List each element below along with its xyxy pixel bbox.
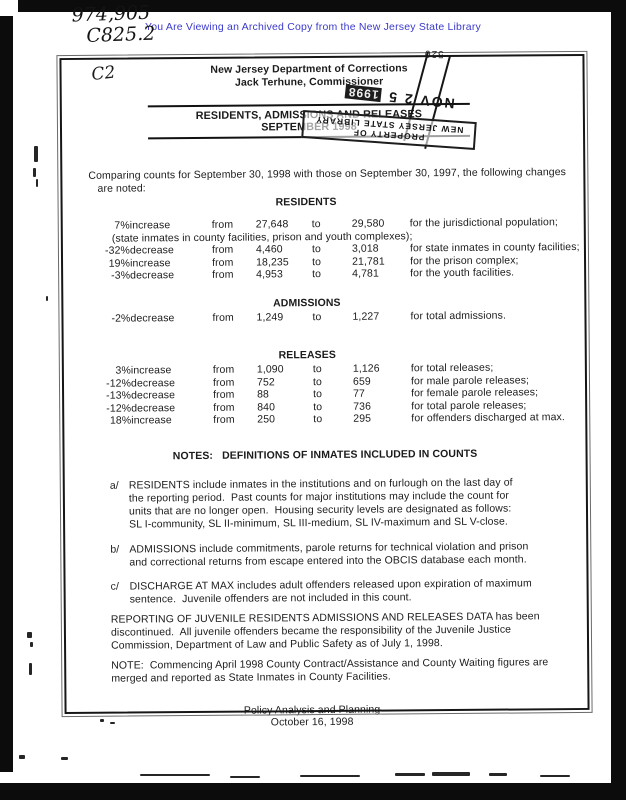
comparison-table-residents: 7%increasefrom27,648to29,580for the juri… [102, 216, 584, 282]
closing-paragraphs: REPORTING OF JUVENILE RESIDENTS ADMISSIO… [66, 609, 588, 685]
from-label-cell: from [212, 219, 256, 232]
percent-change-cell: -3% [102, 270, 130, 283]
value-1997-cell: 840 [257, 401, 313, 414]
value-1998-cell: 4,781 [352, 267, 410, 280]
percent-change-cell: -2% [102, 312, 130, 325]
from-label-cell: from [213, 401, 257, 414]
scan-edge-bottom [0, 783, 626, 800]
comparison-sections: RESIDENTS7%increasefrom27,648to29,580for… [63, 194, 586, 428]
value-1998-cell: 1,227 [352, 310, 410, 323]
description-cell: for offenders discharged at max. [411, 411, 585, 425]
scan-speck [34, 146, 38, 162]
from-label-cell: from [213, 389, 257, 402]
value-1997-cell: 1,090 [257, 363, 313, 376]
description-cell: for total admissions. [410, 308, 584, 322]
value-1998-cell: 659 [353, 375, 411, 388]
direction-cell: decrease [131, 401, 213, 414]
scan-speck [540, 775, 570, 777]
handwritten-call-number: 974,905 C825.2 [71, 3, 155, 48]
from-label-cell: from [212, 311, 256, 324]
notes-heading: NOTES: DEFINITIONS OF INMATES INCLUDED I… [65, 446, 586, 463]
value-1997-cell: 4,460 [256, 243, 312, 256]
footer-date: October 16, 1998 [67, 714, 558, 730]
comparison-row: 18%increasefrom250to295for offenders dis… [103, 411, 585, 427]
note-item-a: a/RESIDENTS include inmates in the insti… [110, 476, 578, 532]
direction-cell: decrease [130, 244, 212, 257]
to-label-cell: to [312, 310, 352, 323]
to-label-cell: to [313, 375, 353, 388]
to-label-cell: to [313, 400, 353, 413]
scan-speck [30, 642, 33, 647]
scan-edge-left [0, 16, 13, 772]
value-1998-cell: 77 [353, 387, 411, 400]
closing-paragraph: NOTE: Commencing April 1998 County Contr… [111, 655, 581, 685]
value-1998-cell: 21,781 [352, 255, 410, 268]
direction-cell: decrease [131, 389, 213, 402]
value-1998-cell: 1,126 [353, 362, 411, 375]
direction-cell: increase [130, 256, 212, 269]
section-heading-residents: RESIDENTS [63, 194, 584, 211]
value-1997-cell: 27,648 [256, 218, 312, 231]
handwritten-margin-note: C2 [91, 66, 116, 82]
call-number-line2: C825.2 [86, 24, 156, 47]
note-marker: a/ [110, 479, 129, 531]
note-item-b: b/ADMISSIONS include commitments, parole… [110, 540, 578, 570]
scan-speck [36, 179, 38, 187]
note-item-c: c/DISCHARGE AT MAX includes adult offend… [111, 577, 579, 607]
from-label-cell: from [212, 244, 256, 257]
note-marker: b/ [110, 543, 129, 569]
upside-down-number: 520 [424, 48, 444, 60]
note-text: DISCHARGE AT MAX includes adult offender… [130, 577, 532, 606]
comparison-table-admissions: -2%decreasefrom1,249to1,227for total adm… [102, 308, 584, 324]
percent-change-cell: 18% [103, 415, 131, 428]
value-1998-cell: 3,018 [352, 242, 410, 255]
percent-change-cell: -12% [103, 402, 131, 415]
scan-speck [395, 773, 425, 776]
direction-cell: decrease [131, 376, 213, 389]
direction-cell: increase [131, 364, 213, 377]
scan-speck [29, 663, 32, 675]
doc-footer: Policy Analysis and Planning October 16,… [67, 701, 588, 730]
scan-speck [432, 772, 470, 776]
received-year-box: 1998 [344, 84, 382, 102]
to-label-cell: to [313, 413, 353, 426]
scan-speck [489, 773, 507, 776]
scan-speck [140, 774, 210, 776]
value-1997-cell: 1,249 [256, 311, 312, 324]
percent-change-cell: 19% [102, 257, 130, 270]
direction-cell: increase [131, 414, 213, 427]
to-label-cell: to [313, 388, 353, 401]
notes-list: a/RESIDENTS include inmates in the insti… [65, 475, 587, 606]
percent-change-cell: -13% [103, 390, 131, 403]
from-label-cell: from [212, 269, 256, 282]
scan-speck [230, 776, 260, 778]
scan-edge-right [611, 8, 626, 800]
to-label-cell: to [312, 255, 352, 268]
value-1998-cell: 736 [353, 400, 411, 413]
percent-change-cell: 3% [103, 365, 131, 378]
from-label-cell: from [213, 364, 257, 377]
comparison-row: -2%decreasefrom1,249to1,227for total adm… [102, 308, 584, 324]
from-label-cell: from [213, 414, 257, 427]
intro-paragraph: Comparing counts for September 30, 1998 … [88, 166, 583, 196]
value-1997-cell: 18,235 [256, 256, 312, 269]
scan-speck [46, 296, 48, 301]
scan-speck [27, 632, 32, 638]
value-1997-cell: 88 [257, 388, 313, 401]
percent-change-cell: -12% [103, 377, 131, 390]
scan-speck [33, 168, 36, 177]
document-box: C2 New Jersey Department of Corrections … [59, 54, 589, 714]
closing-paragraph: REPORTING OF JUVENILE RESIDENTS ADMISSIO… [111, 609, 581, 652]
value-1997-cell: 752 [257, 376, 313, 389]
value-1997-cell: 4,953 [256, 268, 312, 281]
description-cell: for the youth facilities. [410, 266, 584, 280]
value-1998-cell: 29,580 [352, 217, 410, 230]
from-label-cell: from [212, 256, 256, 269]
value-1998-cell: 295 [353, 412, 411, 425]
scan-edge-left-inner [2, 700, 11, 760]
note-marker: c/ [111, 580, 130, 606]
scan-speck [19, 755, 25, 759]
percent-change-cell: 7% [102, 220, 130, 233]
from-label-cell: from [213, 376, 257, 389]
comparison-table-releases: 3%increasefrom1,090to1,126for total rele… [103, 361, 585, 427]
comparison-row: -3%decreasefrom4,953to4,781for the youth… [102, 266, 584, 282]
scan-speck [300, 775, 360, 777]
to-label-cell: to [312, 243, 352, 256]
direction-cell: decrease [130, 311, 212, 324]
value-1997-cell: 250 [257, 413, 313, 426]
to-label-cell: to [313, 363, 353, 376]
direction-cell: decrease [130, 269, 212, 282]
note-text: RESIDENTS include inmates in the institu… [129, 476, 513, 531]
scan-speck [61, 757, 68, 760]
direction-cell: increase [130, 219, 212, 232]
note-text: ADMISSIONS include commitments, parole r… [129, 540, 528, 569]
to-label-cell: to [312, 218, 352, 231]
percent-change-cell: -32% [102, 245, 130, 258]
to-label-cell: to [312, 268, 352, 281]
